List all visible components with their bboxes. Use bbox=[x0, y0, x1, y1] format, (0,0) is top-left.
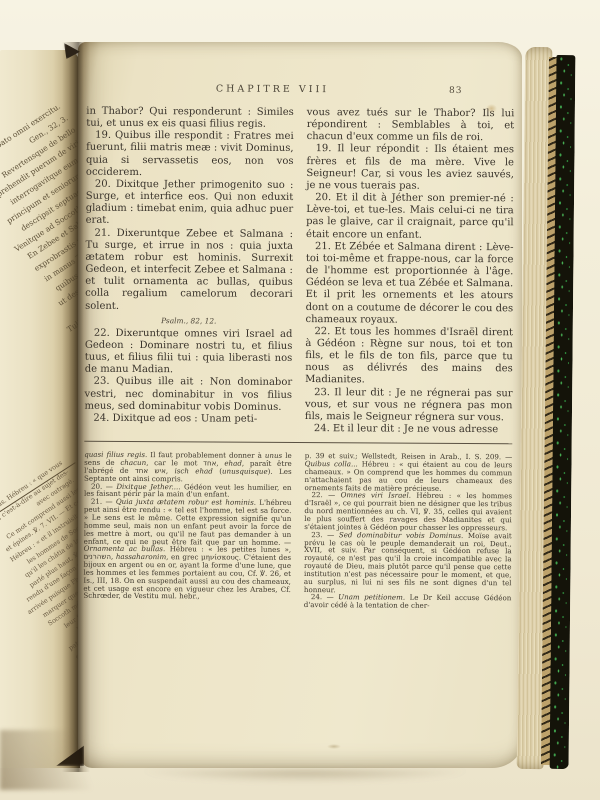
latin-column: in Thabor? Qui responderunt : Similes tu… bbox=[84, 106, 294, 435]
verse-paragraph: 20. Et il dit à Jéther son premier-né : … bbox=[306, 192, 514, 242]
page-header: CHAPITRE VIII 83 bbox=[86, 83, 514, 100]
foxing-spot bbox=[486, 104, 497, 113]
verse-paragraph: in Thabor? Qui responderunt : Similes tu… bbox=[86, 106, 294, 132]
verse-paragraph: 24. Et il leur dit : Je ne vous adresse bbox=[305, 423, 513, 436]
commentary-columns: quasi filius regis. Il faut probablement… bbox=[83, 451, 512, 610]
right-page: CHAPITRE VIII 83 in Thabor? Qui responde… bbox=[78, 42, 522, 768]
scripture-citation: Psalm., 82, 12. bbox=[85, 314, 293, 327]
verse-paragraph: 21. Dixeruntque Zebee et Salmana : Tu su… bbox=[85, 227, 293, 313]
scripture-columns: in Thabor? Qui responderunt : Similes tu… bbox=[84, 106, 514, 437]
verse-paragraph: 23. Quibus ille ait : Non dominabor vest… bbox=[84, 376, 292, 414]
commentary-paragraph: 24. — Unam petitionem. Le Dr Keil accuse… bbox=[304, 593, 512, 610]
commentary-paragraph: 21. — Quia juxta ætatem robur est homini… bbox=[83, 498, 291, 601]
foxing-spot bbox=[327, 744, 341, 749]
commentary-right-column: p. 39 et suiv.; Wellstedt, Reisen in Ara… bbox=[304, 452, 512, 610]
book-photo: dit, turbato omni exercitu.Gen., 32, 3.R… bbox=[0, 0, 600, 800]
floor-shadow bbox=[70, 770, 540, 788]
french-column: vous avez tués sur le Thabor? Ils lui ré… bbox=[305, 107, 515, 436]
verse-paragraph: 21. Et Zébée et Salmana dirent : Lève-to… bbox=[305, 241, 513, 327]
separator-rule bbox=[84, 441, 512, 445]
verse-paragraph: 19. Il leur répondit : Ils étaient mes f… bbox=[306, 144, 514, 194]
verse-paragraph: vous avez tués sur le Thabor? Ils lui ré… bbox=[307, 107, 515, 145]
verse-paragraph: 19. Quibus ille respondit : Fratres mei … bbox=[86, 130, 294, 180]
commentary-left-column: quasi filius regis. Il faut probablement… bbox=[83, 451, 291, 609]
page-content: CHAPITRE VIII 83 in Thabor? Qui responde… bbox=[83, 42, 514, 610]
commentary-paragraph: p. 39 et suiv.; Wellstedt, Reisen in Ara… bbox=[304, 452, 512, 492]
verse-paragraph: 22. Et tous les hommes d'Israël dirent à… bbox=[305, 326, 513, 388]
verse-paragraph: 23. Il leur dit : Je ne régnerai pas sur… bbox=[305, 387, 513, 425]
commentary-paragraph: 22. — Omnes viri Israel. Hébreu : « les … bbox=[304, 491, 512, 531]
verse-paragraph: 24. Dixitque ad eos : Unam peti- bbox=[84, 413, 292, 426]
commentary-paragraph: 23. — Sed dominabitur vobis Dominus. Moï… bbox=[304, 531, 512, 595]
chapter-title: CHAPITRE VIII bbox=[78, 83, 486, 97]
verse-paragraph: 22. Dixeruntque omnes viri Israel ad Ged… bbox=[85, 328, 293, 378]
gutter-shadow bbox=[62, 42, 90, 772]
page-number: 83 bbox=[449, 86, 463, 96]
commentary-paragraph: quasi filius regis. Il faut probablement… bbox=[84, 451, 292, 484]
verse-paragraph: 20. Dixitque Jether primogenito suo : Su… bbox=[86, 179, 294, 229]
